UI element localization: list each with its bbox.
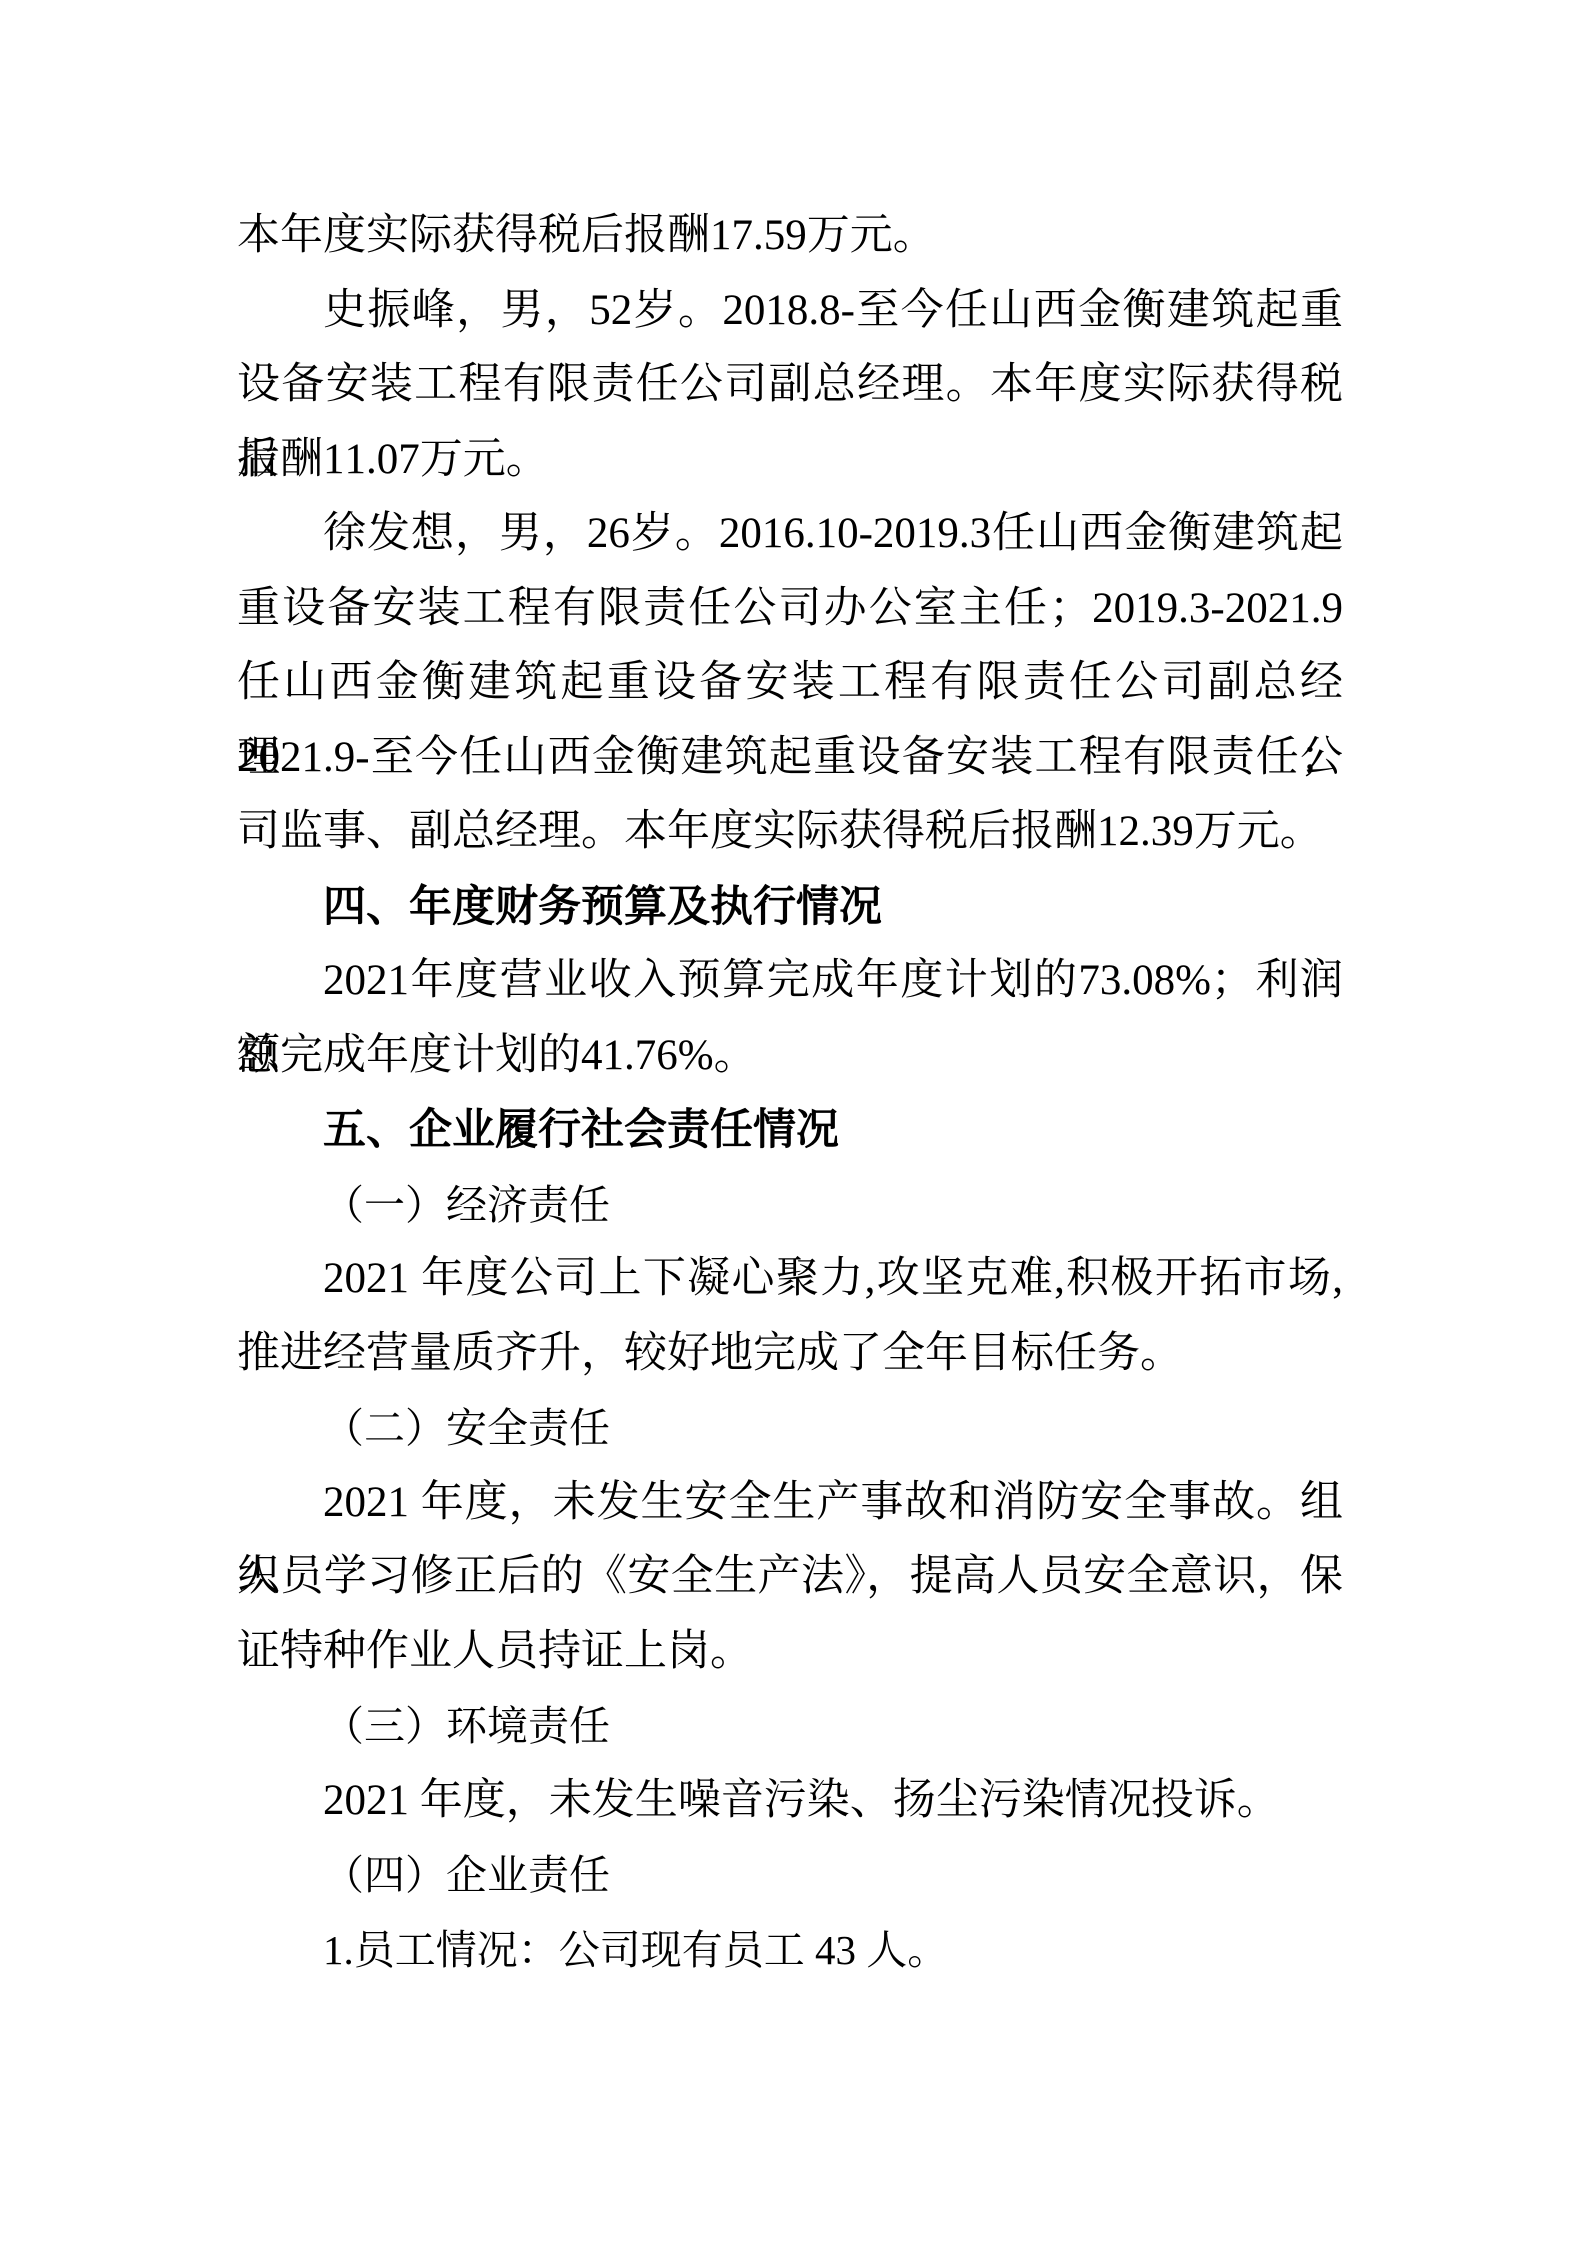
text-line: 任山西金衡建筑起重设备安装工程有限责任公司副总经理；: [237, 646, 1343, 721]
text-line: 2021 年度公司上下凝心聚力,攻坚克难,积极开拓市场,: [237, 1242, 1343, 1317]
text-line: 重设备安装工程有限责任公司办公室主任；2019.3-2021.9: [237, 572, 1343, 647]
text-line: 人员学习修正后的《安全生产法》，提高人员安全意识，保: [237, 1540, 1343, 1615]
document-content: 本年度实际获得税后报酬17.59万元。史振峰，男，52岁。2018.8-至今任山…: [237, 199, 1343, 1987]
subsection-heading: （二）安全责任: [237, 1391, 1343, 1466]
section-heading: 五、企业履行社会责任情况: [237, 1093, 1343, 1168]
section-heading: 四、年度财务预算及执行情况: [237, 870, 1343, 945]
text-line: 推进经营量质齐升，较好地完成了全年目标任务。: [237, 1317, 1343, 1392]
text-line: 证特种作业人员持证上岗。: [237, 1615, 1343, 1690]
subsection-heading: 1.员工情况：公司现有员工 43 人。: [237, 1913, 1343, 1988]
text-line: 本年度实际获得税后报酬17.59万元。: [237, 199, 1343, 274]
text-line: 2021.9-至今任山西金衡建筑起重设备安装工程有限责任公: [237, 721, 1343, 796]
subsection-heading: （四）企业责任: [237, 1838, 1343, 1913]
subsection-heading: （一）经济责任: [237, 1168, 1343, 1243]
text-line: 司监事、副总经理。本年度实际获得税后报酬12.39万元。: [237, 795, 1343, 870]
subsection-heading: （三）环境责任: [237, 1689, 1343, 1764]
text-line: 报酬11.07万元。: [237, 423, 1343, 498]
text-line: 2021 年度，未发生噪音污染、扬尘污染情况投诉。: [237, 1764, 1343, 1839]
text-line: 额完成年度计划的41.76%。: [237, 1019, 1343, 1094]
text-line: 设备安装工程有限责任公司副总经理。本年度实际获得税后: [237, 348, 1343, 423]
text-line: 徐发想，男，26岁。2016.10-2019.3任山西金衡建筑起: [237, 497, 1343, 572]
text-line: 2021 年度，未发生安全生产事故和消防安全事故。组织: [237, 1466, 1343, 1541]
text-line: 史振峰，男，52岁。2018.8-至今任山西金衡建筑起重: [237, 274, 1343, 349]
text-line: 2021年度营业收入预算完成年度计划的73.08%；利润总: [237, 944, 1343, 1019]
document-page: 本年度实际获得税后报酬17.59万元。史振峰，男，52岁。2018.8-至今任山…: [0, 0, 1587, 2245]
